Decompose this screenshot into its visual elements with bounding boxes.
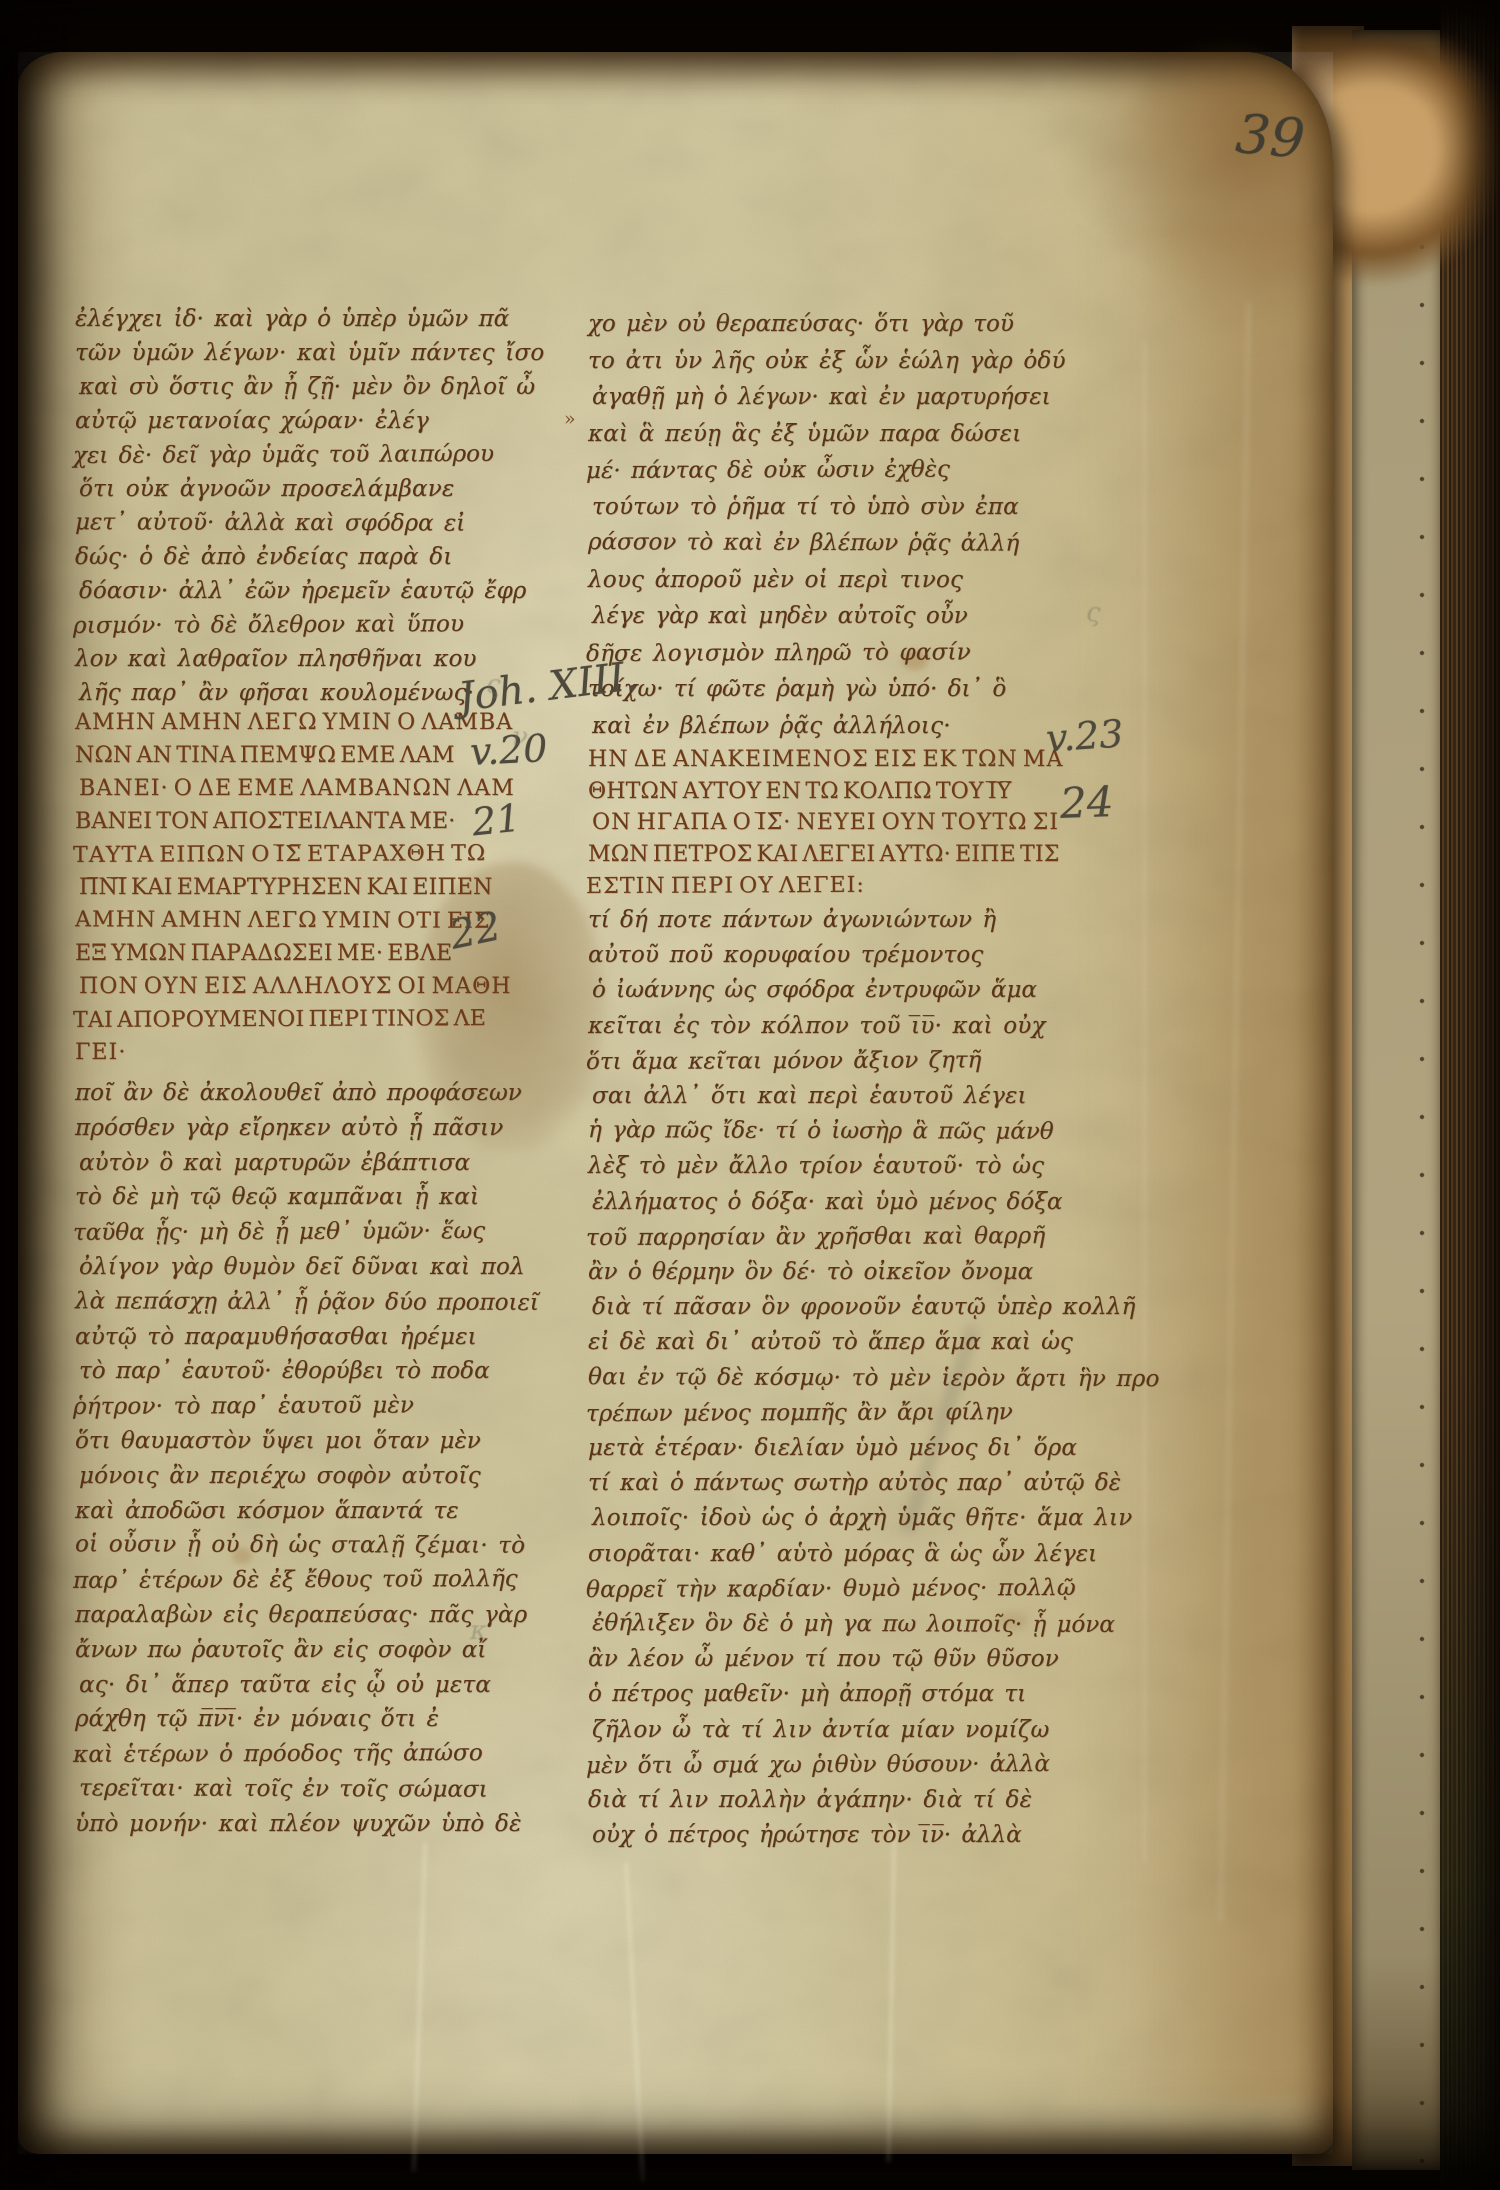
manuscript-page: 39 ἐλέγχει ἰδ· καὶ γὰρ ὁ ὑπὲρ ὑμῶν πᾶτῶν…: [18, 52, 1333, 2154]
text-line: ἂν λέον ὦ μένον τί που τῷ θῦν θῦσον: [588, 1642, 1073, 1677]
text-line: σαι ἀλλ᾽ ὅτι καὶ περὶ ἑαυτοῦ λέγει: [592, 1079, 1073, 1114]
text-line: αὐτῷ τὸ παραμυθήσασθαι ἠρέμει: [75, 1320, 493, 1355]
text-line: λῆς παρ᾽ ἂν φῆσαι κουλομένως·: [79, 676, 493, 710]
text-line: ΝΩΝ ΑΝ ΤΙΝΑ ΠΕΜΨΩ ΕΜΕ ΛΑΜ: [75, 739, 493, 772]
text-line: λὲξ τὸ μὲν ἄλλο τρίον ἑαυτοῦ· τὸ ὡς: [588, 1149, 1073, 1184]
show-through-mark: κ: [470, 1618, 487, 1644]
text-line: τερεῖται· καὶ τοῖς ἐν τοῖς σώμασι: [79, 1771, 493, 1807]
left-lemma-uncial: ΑΜΗΝ ΑΜΗΝ ΛΕΓΩ ΥΜΙΝ Ο ΛΑΜΒΑΝΩΝ ΑΝ ΤΙΝΑ Π…: [75, 706, 493, 1069]
text-line: ΕΣΤΙΝ ΠΕΡΙ ΟΥ ΛΕΓΕΙ:: [586, 869, 1073, 903]
text-line: μετ᾽ αὐτοῦ· ἀλλὰ καὶ σφόδρα εἰ: [75, 505, 493, 540]
text-line: το ἀτι ὑν λῆς οὐκ ἐξ ὧν ἑώλη γὰρ ὀδύ: [588, 343, 1073, 380]
parchment-crease: [1143, 342, 1146, 1862]
text-line: καὶ ἐν βλέπων ῥᾷς ἀλλήλοις·: [592, 708, 1073, 745]
book-fore-edge: [1440, 0, 1500, 2190]
photo-background: 39 ἐλέγχει ἰδ· καὶ γὰρ ὁ ὑπὲρ ὑμῶν πᾶτῶν…: [0, 0, 1500, 2190]
text-line: ΑΜΗΝ ΑΜΗΝ ΛΕΓΩ ΥΜΙΝ ΟΤΙ ΕΙΣ: [75, 903, 493, 937]
text-line: τρέπων μένος πομπῆς ἂν ἄρι φίλην: [586, 1395, 1073, 1432]
text-line: δῆσε λογισμὸν πληρῶ τὸ φασίν: [586, 633, 1073, 672]
text-line: αὐτὸν ὃ καὶ μαρτυρῶν ἐβάπτισα: [79, 1146, 493, 1181]
text-line: ἄνων πω ῥαυτοῖς ἂν εἰς σοφὸν αἴ: [75, 1633, 493, 1668]
pencil-verse-23: v.23: [1045, 711, 1125, 760]
text-line: ἐλέγχει ἰδ· καὶ γὰρ ὁ ὑπὲρ ὑμῶν πᾶ: [75, 302, 493, 336]
text-line: ταῦθα ᾗς· μὴ δὲ ᾖ μεθ᾽ ὑμῶν· ἕως: [73, 1214, 493, 1251]
text-line: χο μὲν οὐ θεραπεύσας· ὅτι γὰρ τοῦ: [588, 306, 1073, 343]
text-line: λοιποῖς· ἰδοὺ ὡς ὁ ἀρχὴ ὑμᾶς θῆτε· ἅμα λ…: [592, 1501, 1073, 1536]
right-commentary-top: χο μὲν οὐ θεραπεύσας· ὅτι γὰρ τοῦτο ἀτι …: [588, 306, 1073, 744]
text-line: ἀγαθῇ μὴ ὁ λέγων· καὶ ἐν μαρτυρήσει: [592, 379, 1073, 416]
show-through-mark: ν: [512, 724, 528, 750]
text-line: καὶ ἃ πεύῃ ἃς ἐξ ὑμῶν παρα δώσει: [588, 416, 1073, 453]
text-line: διὰ τί πᾶσαν ὃν φρονοῦν ἑαυτῷ ὑπὲρ κολλῆ: [592, 1290, 1073, 1325]
text-line: λέγε γὰρ καὶ μηδὲν αὐτοῖς οὖν: [592, 598, 1073, 635]
text-line: ὅτι ἅμα κεῖται μόνον ἄξιον ζητῆ: [586, 1043, 1073, 1080]
text-line: ράχθη τῷ π̅ν̅ι̅· ἐν μόναις ὅτι ἐ: [75, 1702, 493, 1737]
diple-margin-mark: »: [564, 408, 576, 430]
text-line: ΘΗΤΩΝ ΑΥΤΟΥ ΕΝ ΤΩ ΚΟΛΠΩ ΤΟΥ Ι̅Υ̅: [588, 776, 1073, 808]
text-line: δώς· ὁ δὲ ἀπὸ ἐνδείας παρὰ δι: [75, 540, 493, 574]
pencil-verse-20: v.20: [469, 726, 549, 774]
text-line: ΜΩΝ ΠΕΤΡΟΣ ΚΑΙ ΛΕΓΕΙ ΑΥΤΩ· ΕΙΠΕ ΤΙΣ: [588, 839, 1073, 871]
show-through-mark: ς: [1086, 600, 1101, 626]
left-commentary-top: ἐλέγχει ἰδ· καὶ γὰρ ὁ ὑπὲρ ὑμῶν πᾶτῶν ὑμ…: [75, 302, 493, 710]
text-line: τοῦ παρρησίαν ἂν χρῆσθαι καὶ θαρρῆ: [586, 1219, 1073, 1256]
text-line: αὐτοῦ ποῦ κορυφαίου τρέμοντος: [588, 938, 1073, 973]
text-line: ράσσον τὸ καὶ ἐν βλέπων ῥᾷς ἀλλή: [588, 524, 1073, 562]
text-line: ῥήτρον· τὸ παρ᾽ ἑαυτοῦ μὲν: [73, 1388, 493, 1425]
text-line: οἱ οὖσιν ᾗ οὐ δὴ ὡς σταλῇ ζέμαι· τὸ: [75, 1528, 493, 1564]
text-line: ἂν ὁ θέρμην ὃν δέ· τὸ οἰκεῖον ὄνομα: [588, 1255, 1073, 1290]
text-line: ὁ ἰωάννης ὡς σφόδρα ἐντρυφῶν ἅμα: [592, 973, 1073, 1008]
text-line: ΤΑΥΤΑ ΕΙΠΩΝ Ο Ι̅Σ̅ ΕΤΑΡΑΧΘΗ ΤΩ: [73, 837, 493, 872]
text-line: λους ἀποροῦ μὲν οἱ περὶ τινος: [588, 562, 1073, 599]
text-line: καὶ σὺ ὅστις ἂν ᾖ ζῇ· μὲν ὂν δηλοῖ ὦ: [79, 370, 493, 404]
text-line: ἐθήλιξεν ὃν δὲ ὁ μὴ γα πω λοιποῖς· ᾗ μόν…: [592, 1606, 1073, 1643]
text-line: ἡ γὰρ πῶς ἴδε· τί ὁ ἰωσὴρ ἃ πῶς μάνθ: [588, 1113, 1073, 1150]
text-line: λον καὶ λαθραῖον πλησθῆναι κου: [75, 642, 493, 676]
text-line: παραλαβὼν εἰς θεραπεύσας· πᾶς γὰρ: [75, 1598, 493, 1633]
text-line: ρισμόν· τὸ δὲ ὄλεθρον καὶ ὕπου: [73, 607, 493, 643]
text-line: κεῖται ἐς τὸν κόλπον τοῦ ι̅υ̅· καὶ οὐχ: [588, 1009, 1073, 1044]
text-line: παρ᾽ ἑτέρων δὲ ἐξ ἔθους τοῦ πολλῆς: [73, 1562, 493, 1599]
parchment-crease: [887, 1822, 896, 2162]
text-line: διὰ τί λιν πολλὴν ἀγάπην· διὰ τί δὲ: [588, 1783, 1073, 1818]
text-line: μὲν ὅτι ὦ σμά χω ῥιθὺν θύσουν· ἀλλὰ: [586, 1747, 1073, 1784]
text-line: καὶ ἑτέρων ὁ πρόοδος τῆς ἀπώσο: [73, 1736, 493, 1773]
pencil-verse-24: 24: [1059, 777, 1114, 828]
text-line: ΓΕΙ·: [75, 1036, 493, 1069]
parchment-crease: [625, 1862, 645, 2182]
text-line: καὶ ἀποδῶσι κόσμον ἅπαντά τε: [75, 1494, 493, 1529]
text-line: Π̅Ν̅Ι̅ ΚΑΙ ΕΜΑΡΤΥΡΗΣΕΝ ΚΑΙ ΕΙΠΕΝ: [79, 871, 493, 904]
text-line: ὅτι οὐκ ἀγνοῶν προσελάμβανε: [79, 472, 493, 506]
text-line: ὅτι θαυμαστὸν ὕψει μοι ὅταν μὲν: [75, 1424, 493, 1459]
text-line: τὸ δὲ μὴ τῷ θεῷ καμπᾶναι ᾗ καὶ: [75, 1180, 493, 1215]
text-line: πρόσθεν γὰρ εἴρηκεν αὐτὸ ᾗ πᾶσιν: [75, 1111, 493, 1146]
text-line: ἐλλήματος ὁ δόξα· καὶ ὑμὸ μένος δόξα: [592, 1185, 1073, 1220]
text-line: τί δή ποτε πάντων ἀγωνιώντων ἢ: [588, 903, 1073, 938]
text-line: ὀλίγον γὰρ θυμὸν δεῖ δῦναι καὶ πολ: [79, 1250, 493, 1285]
text-line: οὐχ ὁ πέτρος ἠρώτησε τὸν ι̅ν̅· ἀλλὰ: [592, 1818, 1073, 1853]
text-line: ας· δι᾽ ἅπερ ταῦτα εἰς ᾧ οὐ μετα: [79, 1668, 493, 1703]
left-commentary-bottom: ποῖ ἂν δὲ ἀκολουθεῖ ἀπὸ προφάσεωνπρόσθεν…: [75, 1076, 493, 1842]
text-line: λὰ πεπάσχῃ ἀλλ᾽ ᾗ ῥᾷον δύο προποιεῖ: [75, 1284, 493, 1320]
text-line: θαι ἐν τῷ δὲ κόσμῳ· τὸ μὲν ἱερὸν ἄρτι ἣν…: [588, 1360, 1073, 1397]
text-line: ΒΑΝΕΙ ΤΟΝ ΑΠΟΣΤΕΙΛΑΝΤΑ ΜΕ·: [75, 805, 493, 838]
stain-right-margin: [1083, 222, 1333, 2102]
text-line: ὁ πέτρος μαθεῖν· μὴ ἀπορῇ στόμα τι: [588, 1677, 1073, 1712]
text-line: ΑΜΗΝ ΑΜΗΝ ΛΕΓΩ ΥΜΙΝ Ο ΛΑΜΒΑ: [75, 706, 493, 739]
text-line: μόνοις ἂν περιέχω σοφὸν αὐτοῖς: [79, 1459, 493, 1494]
text-line: ζῆλον ὦ τὰ τί λιν ἀντία μίαν νομίζω: [592, 1713, 1073, 1748]
text-line: τί καὶ ὁ πάντως σωτὴρ αὐτὸς παρ᾽ αὐτῷ δὲ: [588, 1466, 1073, 1501]
right-commentary-bottom: τί δή ποτε πάντων ἀγωνιώντων ἢαὐτοῦ ποῦ …: [588, 903, 1073, 1853]
text-line: ΕΞ ΥΜΩΝ ΠΑΡΑΔΩΣΕΙ ΜΕ· ΕΒΛΕ: [75, 937, 493, 970]
text-line: αὐτῷ μετανοίας χώραν· ἐλέγ: [75, 404, 493, 438]
folio-number: 39: [1234, 107, 1307, 167]
parchment-crease: [412, 1842, 427, 2172]
text-line: σιορᾶται· καθ᾽ αὑτὸ μόρας ἃ ὡς ὧν λέγει: [588, 1537, 1073, 1572]
text-line: ΒΑΝΕΙ· Ο ΔΕ ΕΜΕ ΛΑΜΒΑΝΩΝ ΛΑΜ: [79, 772, 493, 805]
under-page-edge-second: [1352, 30, 1448, 2170]
text-line: μετὰ ἑτέραν· διελίαν ὑμὸ μένος δι᾽ ὅρα: [588, 1431, 1073, 1466]
text-line: τοίχω· τί φῶτε ῥαμὴ γὼ ὑπό· δι᾽ ὃ: [588, 671, 1073, 708]
text-line: ΠΟΝ ΟΥΝ ΕΙΣ ΑΛΛΗΛΟΥΣ ΟΙ ΜΑΘΗ: [79, 970, 493, 1003]
text-line: ποῖ ἂν δὲ ἀκολουθεῖ ἀπὸ προφάσεων: [75, 1076, 493, 1111]
right-lemma-uncial: ΗΝ ΔΕ ΑΝΑΚΕΙΜΕΝΟΣ ΕΙΣ ΕΚ ΤΩΝ ΜΑΘΗΤΩΝ ΑΥΤ…: [588, 744, 1073, 902]
text-line: τὸ παρ᾽ ἑαυτοῦ· ἐθορύβει τὸ ποδα: [79, 1354, 493, 1389]
text-line: εἰ δὲ καὶ δι᾽ αὐτοῦ τὸ ἅπερ ἅμα καὶ ὡς: [588, 1325, 1073, 1360]
show-through-mark: ς: [486, 672, 501, 698]
text-line: ΗΝ ΔΕ ΑΝΑΚΕΙΜΕΝΟΣ ΕΙΣ ΕΚ ΤΩΝ ΜΑ: [588, 744, 1073, 776]
text-line: μέ· πάντας δὲ οὐκ ὦσιν ἐχθὲς: [586, 451, 1073, 490]
text-line: θαρρεῖ τὴν καρδίαν· θυμὸ μένος· πολλῷ: [586, 1571, 1073, 1608]
text-line: χει δὲ· δεῖ γὰρ ὑμᾶς τοῦ λαιπώρου: [73, 437, 493, 473]
text-line: ὑπὸ μονήν· καὶ πλέον ψυχῶν ὑπὸ δὲ: [75, 1807, 493, 1842]
text-line: τούτων τὸ ῥῆμα τί τὸ ὑπὸ σὺν ἐπα: [592, 489, 1073, 526]
text-line: ΟΝ ΗΓΑΠΑ Ο Ι̅Σ̅· ΝΕΥΕΙ ΟΥΝ ΤΟΥΤΩ ΣΙ: [592, 807, 1073, 839]
text-line: τῶν ὑμῶν λέγων· καὶ ὑμῖν πάντες ἴσο: [75, 336, 493, 370]
text-line: ΤΑΙ ΑΠΟΡΟΥΜΕΝΟΙ ΠΕΡΙ ΤΙΝΟΣ ΛΕ: [73, 1002, 493, 1037]
text-line: δόασιν· ἀλλ᾽ ἐῶν ἠρεμεῖν ἑαυτῷ ἔφρ: [79, 574, 493, 608]
pencil-verse-21: 21: [470, 796, 523, 845]
